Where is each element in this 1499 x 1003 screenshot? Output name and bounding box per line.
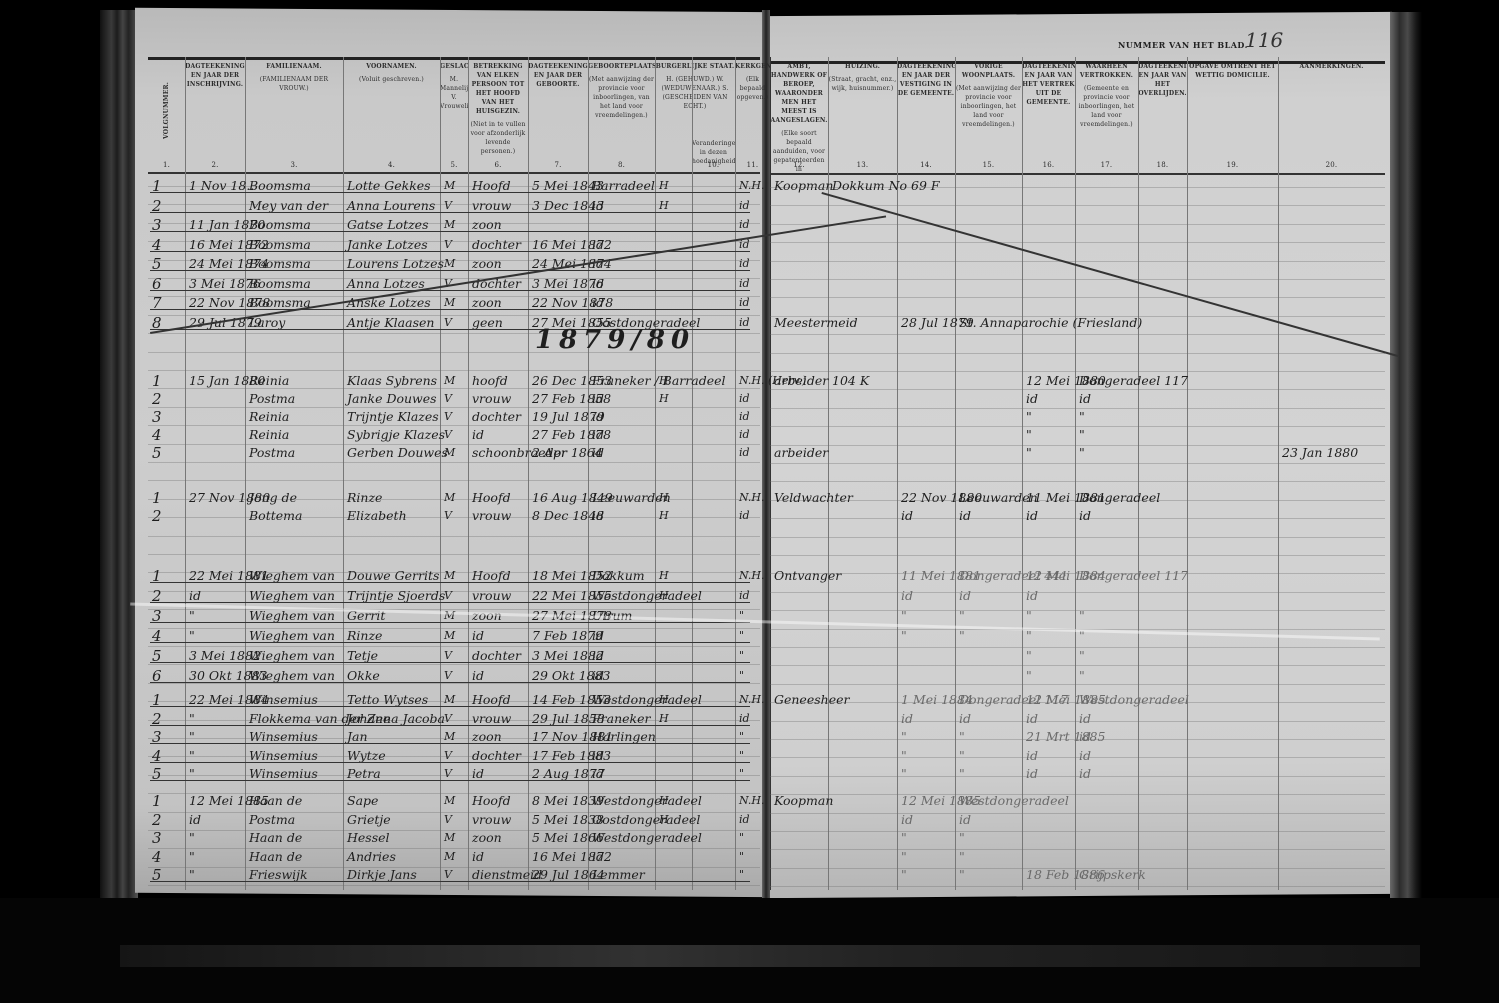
column-header-subtitle: M. Mannelijk. V. Vrouwelijk. [440,75,468,111]
ruled-line [770,242,1385,243]
ruled-line [148,646,760,647]
ruled-line [148,536,760,537]
ruled-line [148,425,760,426]
cell-settle: " [901,867,907,883]
column-number: 19. [1187,161,1278,170]
column-header-2: DAGTEEKENING EN JAAR DER INSCHRIJVING.2. [185,62,245,172]
column-header-15: VORIGE WOONPLAATS.(Met aanwijzing der pr… [955,62,1022,172]
cell-given: Trijntje Klazes [347,409,439,425]
column-number: 17. [1075,161,1138,170]
cell-no: 2 [152,391,162,407]
column-rule [770,57,771,890]
cell-dest: id [1079,391,1091,407]
cell-surname: Reinia [249,373,289,389]
cell-surname: Postma [249,812,295,828]
cell-prev: " [959,729,965,745]
cell-surname: Jong de [249,490,297,506]
cell-civil: H [659,793,669,809]
cell-occ: Meestermeid [774,315,858,331]
column-header-title: WAARHEEN VERTROKKEN. [1075,62,1138,80]
cell-surname: Haan de [249,793,302,809]
cell-dest: Dongeradeel [1079,490,1160,506]
cell-settle: id [901,588,913,604]
cell-dest: " [1079,409,1085,425]
cell-place: Westdongeradeel [592,793,689,809]
column-header-title: DAGTEEKENING EN JAAR VAN HET OVERLIJDEN. [1138,62,1187,98]
cell-rel: vrouw [472,391,511,407]
strike-through-line [150,290,750,291]
column-header-title: DAGTEEKENING EN JAAR DER VESTIGING IN DE… [897,62,955,98]
column-number: 4. [343,161,440,170]
ruled-line [770,610,1385,611]
cell-dest: Grijpskerk [1079,867,1146,883]
cell-rel: zoon [472,830,502,846]
book-edge-left [100,10,138,900]
cell-prev: " [959,849,965,865]
column-rule [1278,57,1279,890]
cell-sex: V [444,508,452,524]
cell-given: Elizabeth [347,508,407,524]
ruled-line [770,757,1385,758]
column-number: 6. [468,161,528,170]
cell-civil: H [659,812,669,828]
column-number: 1. [148,161,185,170]
cell-remark: 23 Jan 1880 [1282,445,1358,461]
cell-prev: " [959,867,965,883]
ruled-line [148,370,760,371]
cell-occ: arbeider [774,373,828,389]
ruled-line [770,849,1385,850]
cell-given: Sybrigje Klazes [347,427,445,443]
strike-through-line [150,192,750,193]
cell-depart: " [1026,427,1032,443]
sheet-number-value: 116 [1245,28,1283,52]
column-number: 7. [528,161,588,170]
cell-settle: id [901,812,913,828]
ruled-line [770,721,1385,722]
cell-place: id [592,849,604,865]
column-number: 8. [588,161,655,170]
cell-sex: M [444,830,455,846]
ruled-line [148,885,760,886]
column-number: 20. [1278,161,1385,170]
ruled-line [770,831,1385,832]
cell-church: " [739,849,744,865]
cell-settle: " [901,830,907,846]
cell-rel: dochter [472,409,521,425]
column-header-17: WAARHEEN VERTROKKEN.(Gemeente en provinc… [1075,62,1138,172]
cell-given: Janke Douwes [347,391,437,407]
ruled-line [770,886,1385,887]
cell-prev: id [959,812,971,828]
cell-civil: H [659,373,669,389]
cell-place: Westdongeradeel [592,830,689,846]
cell-dest: Dongeradeel 117 [1079,373,1172,389]
cell-church: id [739,391,750,407]
cell-place: Franeker / Barradeel [592,373,689,389]
cell-given: Andries [347,849,396,865]
ruled-line [770,408,1385,409]
cell-sex: M [444,849,455,865]
column-header-subtitle: (Elk bepaald opgeven.) [735,75,770,102]
cell-surname: Reinia [249,409,289,425]
ruled-line [770,537,1385,538]
cell-church: id [739,427,750,443]
cell-given: Gerben Douwes [347,445,448,461]
cell-sex: V [444,812,452,828]
ruled-line [148,462,760,463]
cell-dest: " [1079,608,1085,624]
ruled-line [770,794,1385,795]
column-header-18: DAGTEEKENING EN JAAR VAN HET OVERLIJDEN.… [1138,62,1187,172]
column-rule [692,57,693,890]
ruled-line [770,389,1385,390]
year-heading: 1879/80 [535,332,695,348]
ruled-line [770,353,1385,354]
column-rule [468,57,469,890]
column-rule [185,57,186,890]
cell-depart: 21 Mrt 1885 [1026,729,1105,745]
cell-dest: " [1079,648,1085,664]
cell-rel: vrouw [472,812,511,828]
column-rule [440,57,441,890]
strike-through-line [150,231,750,232]
cell-rel: vrouw [472,508,511,524]
cell-no: 1 [152,490,162,506]
ruled-line [770,279,1385,280]
cell-civil: H [659,508,669,524]
cell-depart: id [1026,508,1038,524]
column-header-1: VOLGNUMMER.1. [148,62,185,172]
column-header-title: BETREKKING VAN ELKEN PERSOON TOT HET HOO… [468,62,528,116]
column-header-title: GESLACHT. [440,62,468,71]
column-header-5: GESLACHT.M. Mannelijk. V. Vrouwelijk.5. [440,62,468,172]
cell-occ: arbeider [774,445,828,461]
column-header-title: VORIGE WOONPLAATS. [955,62,1022,80]
cell-sex: M [444,490,455,506]
ruled-line [770,334,1385,335]
column-header-title: VOORNAMEN. [343,62,440,71]
strike-through-line [150,725,750,726]
cell-rel: Hoofd [472,793,511,809]
column-rule [1187,57,1188,890]
cell-prev: " [959,608,965,624]
cell-dest: id [1079,508,1091,524]
cell-prev: " [959,830,965,846]
strike-through-line [150,622,750,623]
ruled-line [148,554,760,555]
ruled-line [148,775,760,776]
cell-rel: hoofd [472,373,508,389]
cell-house: Dokkum No 69 F [832,178,931,194]
column-rule [955,57,956,890]
cell-rel: Hoofd [472,490,511,506]
column-header-4: VOORNAMEN.(Voluit geschreven.)4. [343,62,440,172]
cell-depart: " [1026,608,1032,624]
cell-dest: " [1079,445,1085,461]
cell-dest: Westdongeradeel [1079,692,1172,708]
column-header-8: GEBOORTEPLAATS.(Met aanwijzing der provi… [588,62,655,172]
cell-depart: " [1026,668,1032,684]
cell-no: 2 [152,812,162,828]
ruled-line [770,205,1385,206]
column-header-12: AMBT, HANDWERK OF BEROEP, WAARONDER MEN … [770,62,828,172]
cell-settle: id [901,508,913,524]
cell-prev: id [959,588,971,604]
cell-house: 104 K [832,373,869,389]
column-header-19: OPGAVE OMTRENT HET WETTIG DOMICILIE.19. [1187,62,1278,172]
ruled-line [770,481,1385,482]
column-rule [343,57,344,890]
column-header-subtitle: (Gemeente en provincie voor inboorlingen… [1075,84,1138,129]
cell-depart: " [1026,409,1032,425]
strike-through-line [150,662,750,663]
cell-sex: V [444,427,452,443]
ruled-line [770,463,1385,464]
ruled-line [770,684,1385,685]
cell-given: Sape [347,793,378,809]
cell-no: 4 [152,427,162,443]
cell-settle: " [901,729,907,745]
cell-occ: Veldwachter [774,490,853,506]
strike-through-line [150,762,750,763]
cell-surname: Postma [249,391,295,407]
cell-surname: Haan de [249,849,302,865]
cell-church: " [739,830,744,846]
cell-prev: " [959,766,965,782]
cell-settle: " [901,766,907,782]
cell-place: id [592,409,604,425]
ruled-line [148,480,760,481]
cell-settle: " [901,608,907,624]
cell-dest: id [1079,748,1091,764]
cell-occ: Ontvanger [774,568,841,584]
column-header-6: BETREKKING VAN ELKEN PERSOON TOT HET HOO… [468,62,528,172]
cell-no: 4 [152,849,162,865]
cell-prev: " [959,748,965,764]
column-number: 18. [1138,161,1187,170]
column-header-title: AMBT, HANDWERK OF BEROEP, WAARONDER MEN … [770,62,828,125]
strike-through-line [150,212,750,213]
column-rule [1138,57,1139,890]
column-number: 11. [735,161,770,170]
ruled-line [770,297,1385,298]
strike-through-line [150,602,750,603]
cell-dest: Dongeradeel 117 [1079,568,1172,584]
strike-through-line [150,270,750,271]
cell-no: 3 [152,409,162,425]
column-header-16: DAGTEEKENING EN JAAR VAN HET VERTREK UIT… [1022,62,1075,172]
strike-through-line [150,780,750,781]
cell-prev: Westdongeradeel [959,793,1056,809]
cell-church: N.H. [739,490,765,506]
cell-given: Hessel [347,830,390,846]
cell-surname: Haan de [249,830,302,846]
book-edge-right [1390,12,1422,902]
cell-place: Oostdongeradeel [592,812,689,828]
column-rule [735,57,736,890]
ruled-line [770,647,1385,648]
ruled-line [770,776,1385,777]
cell-date: " [189,849,195,865]
cell-sex: M [444,373,455,389]
ruled-line [770,592,1385,593]
column-header-14: DAGTEEKENING EN JAAR DER VESTIGING IN DE… [897,62,955,172]
cell-depart: id [1026,391,1038,407]
column-number: 3. [245,161,343,170]
column-header-title: OPGAVE OMTRENT HET WETTIG DOMICILIE. [1187,62,1278,80]
cell-depart: id [1026,588,1038,604]
ruled-line [770,813,1385,814]
ruled-line [770,518,1385,519]
cell-no: 3 [152,830,162,846]
cell-dest: id [1079,729,1091,745]
cell-sex: M [444,445,455,461]
cell-church: id [739,508,750,524]
column-header-title: DAGTEEKENING EN JAAR DER INSCHRIJVING. [185,62,245,89]
cell-depart: " [1026,648,1032,664]
column-header-title: GEBOORTEPLAATS. [588,62,655,71]
book-bottom-edge [120,945,1420,967]
column-header-title: VOLGNUMMER. [162,82,171,139]
column-rule [1022,57,1023,890]
column-header-subtitle: (Met aanwijzing der provincie voor inboo… [588,75,655,120]
ruled-line [148,867,760,868]
ruled-line [770,426,1385,427]
cell-place: id [592,427,604,443]
column-header-20: AANMERKINGEN.20. [1278,62,1385,172]
cell-dest: " [1079,668,1085,684]
cell-church: N.H. [739,793,765,809]
cell-surname: Reinia [249,427,289,443]
cell-depart: " [1026,445,1032,461]
column-header-10: Veranderingen in dezen hoedanigheid10. [692,135,735,172]
cell-date: id [189,812,201,828]
cell-settle: " [901,628,907,644]
cell-place: id [592,391,604,407]
strike-through-line [150,743,750,744]
column-header-subtitle: (Straat, gracht, enz., wijk, huisnummer.… [828,75,897,93]
column-header-subtitle: (Voluit geschreven.) [343,75,440,84]
strike-through-line [150,682,750,683]
column-header-title: DAGTEEKENING EN JAAR DER GEBOORTE. [528,62,588,89]
column-number: 16. [1022,161,1075,170]
cell-no: 5 [152,445,162,461]
column-header-title: DAGTEEKENING EN JAAR VAN HET VERTREK UIT… [1022,62,1075,107]
cell-no: 2 [152,508,162,524]
column-header-subtitle: (Met aanwijzing der provincie voor inboo… [955,84,1022,129]
cell-rel: id [472,849,484,865]
header-top-rule-right [770,61,1385,64]
cell-dest: id [1079,766,1091,782]
column-header-13: HUIZING.(Straat, gracht, enz., wijk, hui… [828,62,897,172]
column-header-title: BURGERLIJKE STAAT. [655,62,735,71]
cell-given: Grietje [347,812,391,828]
column-rule [655,57,656,890]
ruled-line [148,664,760,665]
cell-depart: id [1026,711,1038,727]
column-number: 14. [897,161,955,170]
cell-date: " [189,830,195,846]
column-header-title: FAMILIENAAM. [245,62,343,71]
cell-occ: Koopman [774,178,833,194]
column-header-9: BURGERLIJKE STAAT.H. (GEHUWD.) W. (WEDUW… [655,62,735,135]
column-number: 12. [770,161,828,170]
cell-settle: " [901,748,907,764]
ruled-line [770,665,1385,666]
ruled-line [770,371,1385,372]
cell-prev: St. Annaparochie (Friesland) [959,315,1056,331]
cell-place: id [592,508,604,524]
column-header-title: KERKGENOOTSCHAP. [735,62,770,71]
cell-rel: id [472,427,484,443]
cell-no: 1 [152,793,162,809]
strike-through-line [150,582,750,583]
column-header-subtitle: H. (GEHUWD.) W. (WEDUWENAAR.) S. (GESCHE… [655,75,735,111]
column-header-7: DAGTEEKENING EN JAAR DER GEBOORTE.7. [528,62,588,172]
cell-depart: id [1026,766,1038,782]
cell-church: id [739,445,750,461]
cell-place: id [592,445,604,461]
strike-through-line [150,706,750,707]
cell-church: id [739,409,750,425]
column-header-11: KERKGENOOTSCHAP.(Elk bepaald opgeven.)11… [735,62,770,172]
column-number: 5. [440,161,468,170]
column-header-subtitle: (Niet in te vullen voor afzonderlijk lev… [468,120,528,156]
sheet-number-label: NUMMER VAN HET BLAD. [1118,40,1248,50]
cell-civil: H [659,391,669,407]
cell-surname: Bottema [249,508,302,524]
cell-given: Klaas Sybrens [347,373,437,389]
header-bottom-rule-left [148,172,760,174]
cell-dest: id [1079,711,1091,727]
cell-prev: " [959,628,965,644]
cell-occ: Koopman [774,793,833,809]
cell-prev: id [959,711,971,727]
column-number: 2. [185,161,245,170]
strike-through-line [150,881,750,882]
cell-no: 1 [152,373,162,389]
ruled-line [148,756,760,757]
cell-depart: id [1026,748,1038,764]
cell-prev: id [959,508,971,524]
cell-church: id [739,812,750,828]
column-number: 10. [692,161,735,170]
ruled-line [770,261,1385,262]
header-top-rule-left [148,57,760,60]
cell-occ: Geneesheer [774,692,849,708]
strike-through-line [150,642,750,643]
cell-sex: V [444,409,452,425]
column-header-subtitle: (FAMILIENAAM DER VROUW.) [245,75,343,93]
cell-dest: " [1079,427,1085,443]
cell-civil: H [659,490,669,506]
ruled-line [770,555,1385,556]
column-number: 13. [828,161,897,170]
strike-through-line [150,309,750,310]
cell-sex: M [444,793,455,809]
cell-settle: id [901,711,913,727]
column-rule [1075,57,1076,890]
cell-given: Rinze [347,490,382,506]
cell-settle: " [901,849,907,865]
ruled-line [770,224,1385,225]
column-rule [528,57,529,890]
cell-surname: Postma [249,445,295,461]
column-number: 15. [955,161,1022,170]
cell-sex: V [444,391,452,407]
column-header-3: FAMILIENAAM.(FAMILIENAAM DER VROUW.)3. [245,62,343,172]
